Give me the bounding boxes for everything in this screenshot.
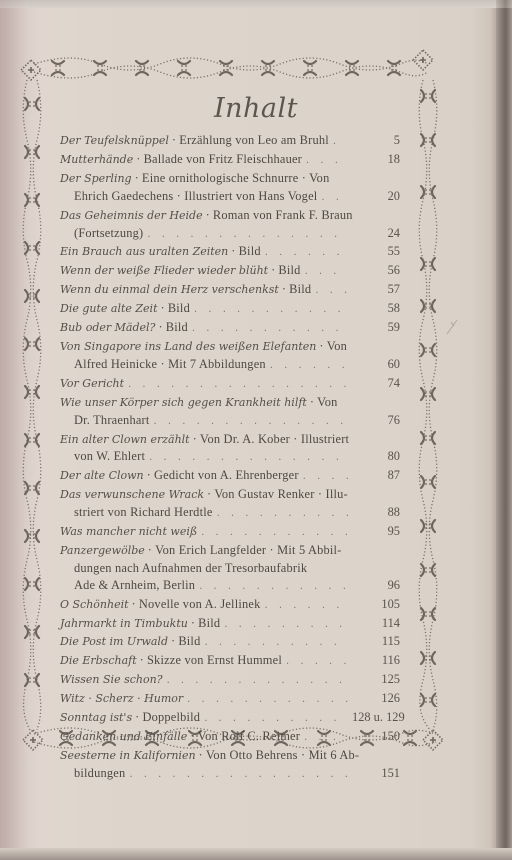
entry-description: Von: [317, 394, 337, 411]
entry-description: Ballade von Fritz Fleischhauer: [144, 151, 302, 168]
entry-title: Wenn der weiße Flieder wieder blüht: [60, 263, 268, 280]
separator-dot: ·: [271, 262, 275, 279]
separator-dot: ·: [140, 652, 144, 669]
entry-continuation-text: Dr. Thraenhart: [74, 412, 150, 429]
toc-entry-continuation: striert von Richard Herdtle88: [60, 504, 400, 523]
toc-entry-line: Panzergewölbe·Von Erich Langfelder · Mit…: [60, 542, 400, 560]
entry-title: Das Geheimnis der Heide: [60, 208, 203, 225]
separator-dot: ·: [207, 486, 211, 503]
entry-title: Vor Gericht: [60, 376, 124, 393]
separator-dot: ·: [191, 615, 195, 632]
entry-title: Jahrmarkt in Timbuktu: [60, 616, 188, 633]
page-number: 5: [352, 132, 400, 149]
toc-entry: Wenn du einmal dein Herz verschenkst·Bil…: [60, 281, 400, 300]
toc-entry: Das Geheimnis der Heide·Roman von Frank …: [60, 207, 400, 244]
leader-dots: [270, 358, 348, 375]
page-number: 88: [352, 504, 400, 521]
page-number: 105: [352, 596, 400, 613]
toc-entry-continuation: (Fortsetzung)24: [60, 225, 400, 244]
entry-description: Bild: [168, 300, 190, 317]
page-number: 114: [352, 615, 400, 632]
toc-entry-line: Die Erbschaft·Skizze von Ernst Hummel116: [60, 652, 400, 671]
entry-title: Seesterne in Kalifornien: [60, 748, 196, 765]
toc-entry-line: Der Sperling·Eine ornithologische Schnur…: [60, 170, 400, 188]
entry-description: Bild: [278, 262, 300, 279]
toc-entry-line: Das Geheimnis der Heide·Roman von Frank …: [60, 207, 400, 225]
toc-entry-line: Was mancher nicht weiß95: [60, 523, 400, 542]
toc-entry-continuation: Ehrich Gaedechens · Illustriert von Hans…: [60, 188, 400, 207]
toc-entry-line: Vor Gericht74: [60, 375, 400, 394]
entry-description: Doppelbild: [142, 709, 200, 726]
separator-dot: ·: [158, 319, 162, 336]
page-number: 56: [352, 262, 400, 279]
entry-title: Wie unser Körper sich gegen Krankheit hi…: [60, 395, 307, 412]
entry-title: Das verwunschene Wrack: [60, 487, 204, 504]
entry-title: Die Post im Urwald: [60, 634, 168, 651]
toc-entry-line: Wenn der weiße Flieder wieder blüht·Bild…: [60, 262, 400, 281]
separator-dot: ·: [161, 300, 165, 317]
entry-description: Roman von Frank F. Braun: [213, 207, 353, 224]
toc-entry-line: Die gute alte Zeit·Bild58: [60, 300, 400, 319]
leader-dots: [286, 654, 348, 671]
separator-dot: ·: [199, 747, 203, 764]
toc-entry-line: Gedanken und Einfälle·Von Rolf C. Reimer…: [60, 728, 400, 747]
page-number: 59: [352, 319, 400, 336]
separator-dot: ·: [132, 596, 136, 613]
entry-description: Von Rolf C. Reimer: [198, 728, 301, 745]
toc-entry-continuation: Dr. Thraenhart76: [60, 412, 400, 431]
toc-entry-line: Von Singapore ins Land des weißen Elefan…: [60, 338, 400, 356]
separator-dot: ·: [172, 132, 176, 149]
toc-entry: Wenn der weiße Flieder wieder blüht·Bild…: [60, 262, 400, 281]
separator-dot: ·: [319, 338, 323, 355]
entry-title: Panzergewölbe: [60, 543, 145, 560]
toc-entry: Die gute alte Zeit·Bild58: [60, 300, 400, 319]
separator-dot: ·: [136, 151, 140, 168]
separator-dot: ·: [190, 728, 194, 745]
toc-entry-line: Mutterhände·Ballade von Fritz Fleischhau…: [60, 151, 400, 170]
entry-description: Skizze von Ernst Hummel: [147, 652, 282, 669]
toc-entry-line: Der alte Clown·Gedicht von A. Ehrenberge…: [60, 467, 400, 486]
leader-dots: [303, 469, 348, 486]
entry-continuation-text: dungen nach Aufnahmen der Tresorbaufabri…: [74, 560, 307, 577]
toc-entry: Die Post im Urwald·Bild115: [60, 633, 400, 652]
toc-entry: Ein alter Clown erzählt·Von Dr. A. Kober…: [60, 431, 400, 468]
toc-entry-line: Jahrmarkt in Timbuktu·Bild114: [60, 615, 400, 634]
entry-description: Von Gustav Renker · Illu-: [214, 486, 347, 503]
separator-dot: ·: [206, 207, 210, 224]
toc-entry: Der Teufelsknüppel·Erzählung von Leo am …: [60, 132, 400, 151]
separator-dot: ·: [310, 394, 314, 411]
toc-entry: Vor Gericht74: [60, 375, 400, 394]
entry-title: Von Singapore ins Land des weißen Elefan…: [60, 339, 316, 356]
toc-entry: Mutterhände·Ballade von Fritz Fleischhau…: [60, 151, 400, 170]
separator-dot: ·: [231, 243, 235, 260]
page-number: 115: [352, 633, 400, 650]
toc-entry: Von Singapore ins Land des weißen Elefan…: [60, 338, 400, 375]
leader-dots: [154, 414, 348, 431]
leader-dots: [304, 730, 348, 747]
toc-entry-continuation: Ade & Arnheim, Berlin96: [60, 577, 400, 596]
separator-dot: ·: [148, 542, 152, 559]
leader-dots: [204, 635, 348, 652]
page-number: 125: [352, 671, 400, 688]
leader-dots: [217, 506, 348, 523]
toc-entry-line: Das verwunschene Wrack·Von Gustav Renker…: [60, 486, 400, 504]
pencil-mark-icon: [445, 318, 459, 336]
toc-entry: Der Sperling·Eine ornithologische Schnur…: [60, 170, 400, 207]
leader-dots: [167, 673, 348, 690]
toc-entry-continuation: dungen nach Aufnahmen der Tresorbaufabri…: [60, 560, 400, 577]
leader-dots: [149, 450, 348, 467]
entry-description: Von Erich Langfelder · Mit 5 Abbil-: [155, 542, 341, 559]
toc-entry: Witz · Scherz · Humor126: [60, 690, 400, 709]
toc-entry-continuation: von W. Ehlert80: [60, 448, 400, 467]
page-number: 96: [352, 577, 400, 594]
page-number: 24: [352, 225, 400, 242]
page-number: 128 u. 129: [352, 709, 400, 726]
leader-dots: [129, 767, 348, 784]
page-number: 76: [352, 412, 400, 429]
entry-title: Was mancher nicht weiß: [60, 524, 197, 541]
leader-dots: [204, 711, 348, 728]
page-number: 18: [352, 151, 400, 168]
toc-entry-line: Wenn du einmal dein Herz verschenkst·Bil…: [60, 281, 400, 300]
entry-continuation-text: Ade & Arnheim, Berlin: [74, 577, 195, 594]
page-number: 80: [352, 448, 400, 465]
entry-description: Von: [327, 338, 347, 355]
toc-entry: Wissen Sie schon?125: [60, 671, 400, 690]
toc-entry: Wie unser Körper sich gegen Krankheit hi…: [60, 394, 400, 431]
leader-dots: [199, 579, 348, 596]
toc-entry: Bub oder Mädel?·Bild59: [60, 319, 400, 338]
toc-entry: Das verwunschene Wrack·Von Gustav Renker…: [60, 486, 400, 523]
leader-dots: [265, 245, 348, 262]
toc-entry: Sonntag ist's·Doppelbild128 u. 129: [60, 709, 400, 728]
toc-entry-line: Wissen Sie schon?125: [60, 671, 400, 690]
toc-entry: Panzergewölbe·Von Erich Langfelder · Mit…: [60, 542, 400, 596]
entry-title: Gedanken und Einfälle: [60, 729, 187, 746]
leader-dots: [147, 227, 348, 244]
page-number: 58: [352, 300, 400, 317]
leader-dots: [305, 264, 348, 281]
page-number: 126: [352, 690, 400, 707]
toc-entry-continuation: bildungen151: [60, 765, 400, 784]
page-number: 95: [352, 523, 400, 540]
toc-entry-line: Ein Brauch aus uralten Zeiten·Bild55: [60, 243, 400, 262]
entry-description: Bild: [289, 281, 311, 298]
toc-entry-line: Wie unser Körper sich gegen Krankheit hi…: [60, 394, 400, 412]
toc-entry: Seesterne in Kalifornien·Von Otto Behren…: [60, 747, 400, 784]
entry-description: Gedicht von A. Ehrenberger: [154, 467, 299, 484]
entry-title: Ein alter Clown erzählt: [60, 432, 190, 449]
entry-continuation-text: bildungen: [74, 765, 125, 782]
leader-dots: [333, 134, 348, 151]
entry-title: Die gute alte Zeit: [60, 301, 158, 318]
entry-continuation-text: Ehrich Gaedechens · Illustriert von Hans…: [74, 188, 317, 205]
toc-entry: Gedanken und Einfälle·Von Rolf C. Reimer…: [60, 728, 400, 747]
entry-description: Novelle von A. Jellinek: [139, 596, 261, 613]
separator-dot: ·: [135, 709, 139, 726]
toc-entry: Jahrmarkt in Timbuktu·Bild114: [60, 615, 400, 634]
toc-entry-line: Bub oder Mädel?·Bild59: [60, 319, 400, 338]
entry-continuation-text: Alfred Heinicke · Mit 7 Abbildungen: [74, 356, 266, 373]
entry-title: Wenn du einmal dein Herz verschenkst: [60, 282, 279, 299]
entry-description: Von Otto Behrens · Mit 6 Ab-: [206, 747, 359, 764]
leader-dots: [306, 153, 348, 170]
toc-entry: Die Erbschaft·Skizze von Ernst Hummel116: [60, 652, 400, 671]
entry-description: Eine ornithologische Schnurre · Von: [142, 170, 330, 187]
page-number: 87: [352, 467, 400, 484]
leader-dots: [192, 321, 348, 338]
page-number: 20: [352, 188, 400, 205]
page-number: 74: [352, 375, 400, 392]
entry-description: Erzählung von Leo am Bruhl: [179, 132, 329, 149]
page-number: 55: [352, 243, 400, 260]
entry-description: Bild: [198, 615, 220, 632]
separator-dot: ·: [282, 281, 286, 298]
page-title: Inhalt: [0, 93, 512, 124]
entry-title: O Schönheit: [60, 597, 129, 614]
leader-dots: [321, 190, 348, 207]
entry-title: Ein Brauch aus uralten Zeiten: [60, 244, 228, 261]
toc-entry: Was mancher nicht weiß95: [60, 523, 400, 542]
leader-dots: [315, 283, 348, 300]
toc-entry: Ein Brauch aus uralten Zeiten·Bild55: [60, 243, 400, 262]
leader-dots: [264, 598, 348, 615]
page-number: 116: [352, 652, 400, 669]
page-number: 150: [352, 728, 400, 745]
entry-title: Der alte Clown: [60, 468, 144, 485]
toc-entry-line: Die Post im Urwald·Bild115: [60, 633, 400, 652]
page-number: 60: [352, 356, 400, 373]
entry-title: Mutterhände: [60, 152, 133, 169]
toc-entry-line: Ein alter Clown erzählt·Von Dr. A. Kober…: [60, 431, 400, 449]
leader-dots: [194, 302, 348, 319]
separator-dot: ·: [193, 431, 197, 448]
toc-entry-continuation: Alfred Heinicke · Mit 7 Abbildungen60: [60, 356, 400, 375]
leader-dots: [187, 692, 348, 709]
entry-description: Von Dr. A. Kober · Illustriert: [200, 431, 349, 448]
separator-dot: ·: [147, 467, 151, 484]
toc-entry-line: Seesterne in Kalifornien·Von Otto Behren…: [60, 747, 400, 765]
entry-title: Sonntag ist's: [60, 710, 132, 727]
separator-dot: ·: [135, 170, 139, 187]
toc-entry-line: Der Teufelsknüppel·Erzählung von Leo am …: [60, 132, 400, 151]
entry-title: Der Sperling: [60, 171, 132, 188]
toc-entry-line: Witz · Scherz · Humor126: [60, 690, 400, 709]
page-number: 151: [352, 765, 400, 782]
toc-entry: Der alte Clown·Gedicht von A. Ehrenberge…: [60, 467, 400, 486]
entry-continuation-text: von W. Ehlert: [74, 448, 145, 465]
entry-description: Bild: [178, 633, 200, 650]
table-of-contents: Der Teufelsknüppel·Erzählung von Leo am …: [60, 132, 400, 784]
toc-entry: O Schönheit·Novelle von A. Jellinek105: [60, 596, 400, 615]
entry-title: Die Erbschaft: [60, 653, 137, 670]
leader-dots: [224, 617, 348, 634]
page-number: 57: [352, 281, 400, 298]
entry-description: Bild: [239, 243, 261, 260]
entry-continuation-text: striert von Richard Herdtle: [74, 504, 213, 521]
separator-dot: ·: [171, 633, 175, 650]
entry-continuation-text: (Fortsetzung): [74, 225, 143, 242]
entry-title: Witz · Scherz · Humor: [60, 691, 183, 708]
toc-entry-line: O Schönheit·Novelle von A. Jellinek105: [60, 596, 400, 615]
leader-dots: [201, 525, 348, 542]
toc-entry-line: Sonntag ist's·Doppelbild128 u. 129: [60, 709, 400, 728]
entry-description: Bild: [166, 319, 188, 336]
entry-title: Der Teufelsknüppel: [60, 133, 169, 150]
entry-title: Bub oder Mädel?: [60, 320, 155, 337]
leader-dots: [128, 377, 348, 394]
entry-title: Wissen Sie schon?: [60, 672, 163, 689]
